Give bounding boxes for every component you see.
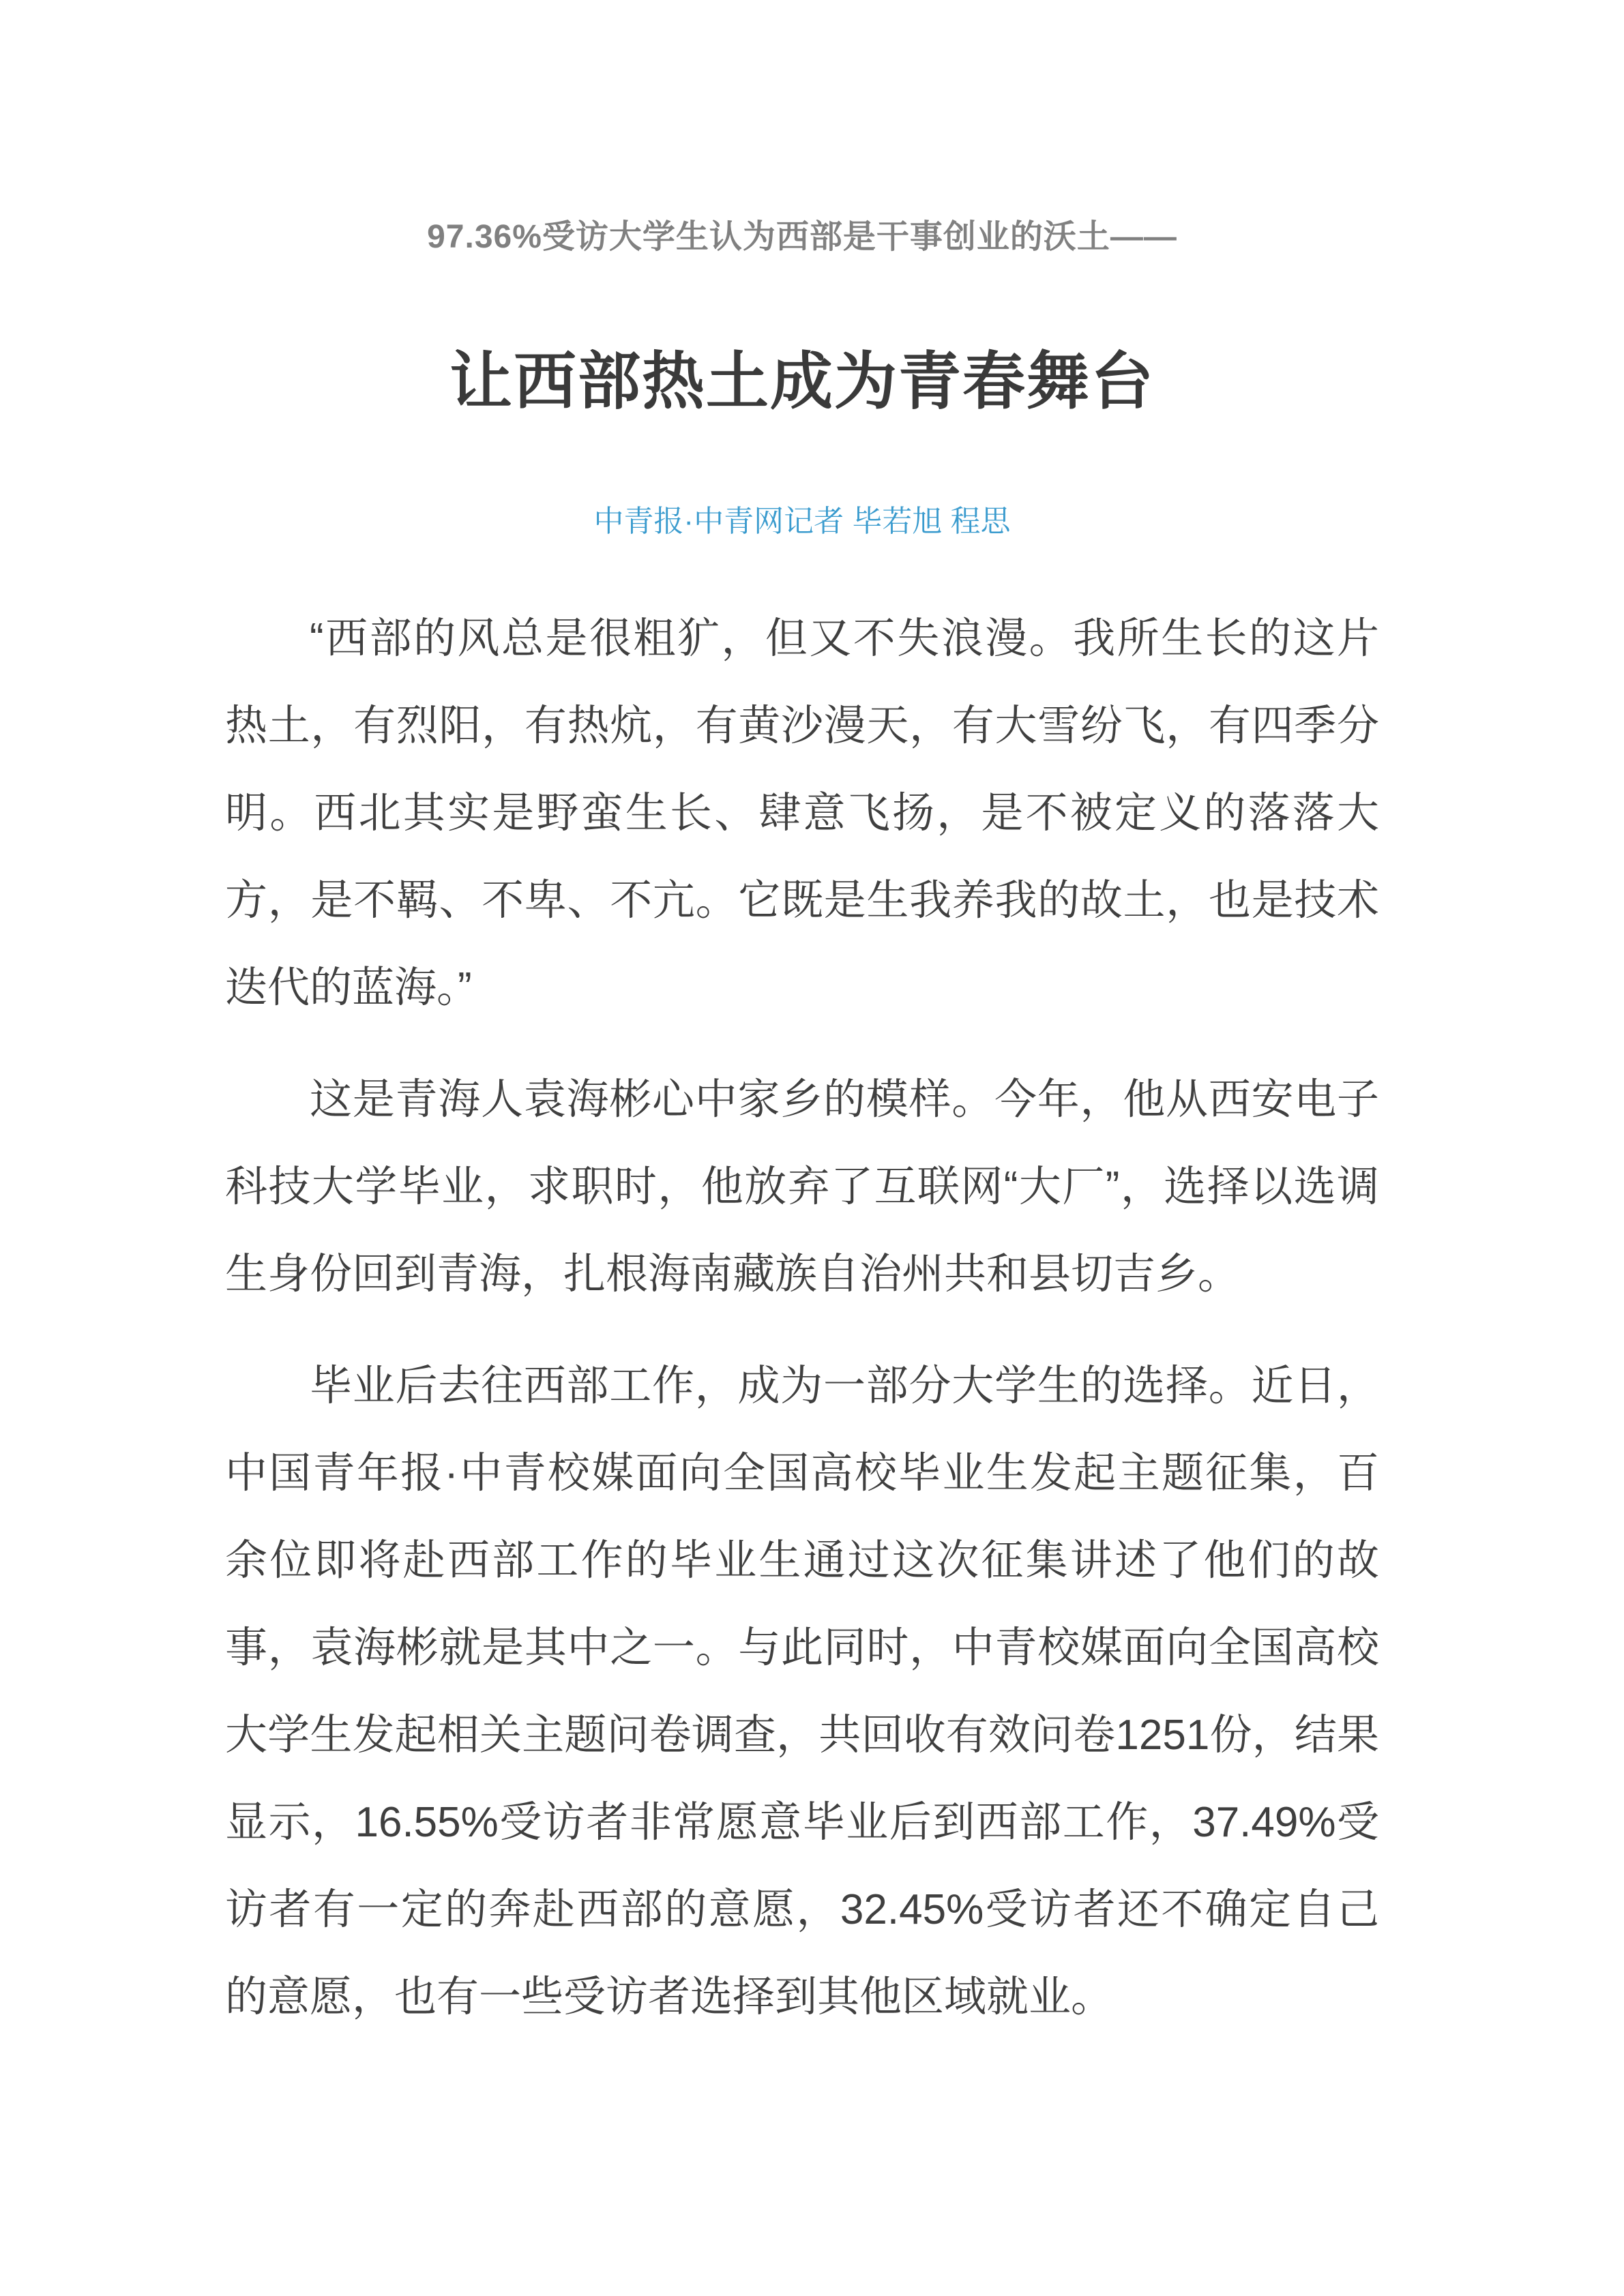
article-body: “西部的风总是很粗犷，但又不失浪漫。我所生长的这片热土，有烈阳，有热炕，有黄沙漫… [225,595,1379,2041]
paragraph-quote-west-wind: “西部的风总是很粗犷，但又不失浪漫。我所生长的这片热土，有烈阳，有热炕，有黄沙漫… [225,595,1379,1032]
article-page: { "article": { "kicker": "97.36%受访大学生认为西… [0,0,1624,2296]
news-article: 97.36%受访大学生认为西部是干事创业的沃土—— 让西部热土成为青春舞台 中青… [225,0,1379,2041]
article-kicker: 97.36%受访大学生认为西部是干事创业的沃土—— [225,213,1379,262]
article-byline: 中青报·中青网记者 毕若旭 程思 [225,499,1379,544]
paragraph-survey-results: 毕业后去往西部工作，成为一部分大学生的选择。近日，中国青年报·中青校媒面向全国高… [225,1343,1379,2041]
article-title: 让西部热土成为青春舞台 [225,338,1379,426]
paragraph-yuan-haibin-choice: 这是青海人袁海彬心中家乡的模样。今年，他从西安电子科技大学毕业，求职时，他放弃了… [225,1056,1379,1318]
